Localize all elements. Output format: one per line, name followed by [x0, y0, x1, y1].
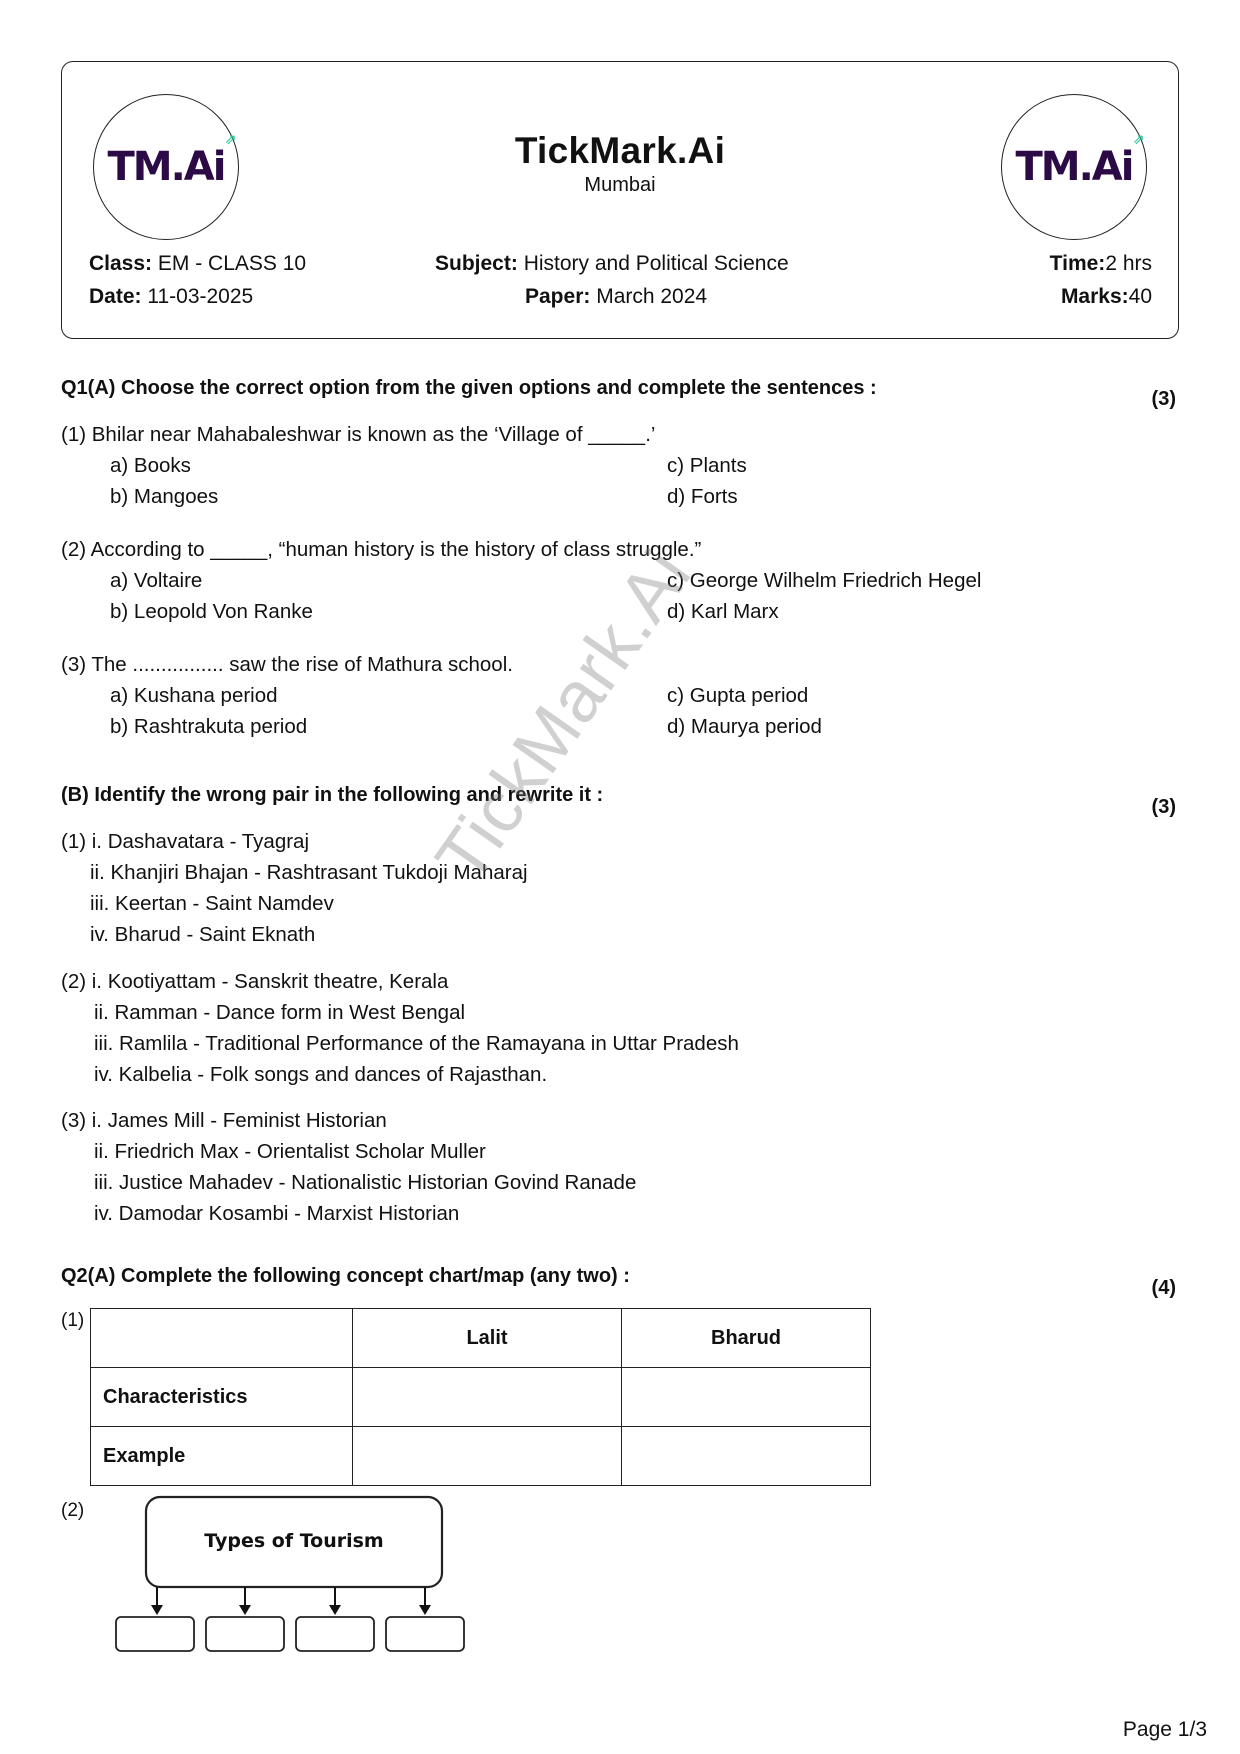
table-row: Example	[91, 1427, 871, 1486]
watermark: TickMark.Ai	[420, 535, 708, 897]
child-box	[296, 1617, 374, 1651]
table-header-bharud: Bharud	[622, 1309, 871, 1368]
question-text: (3) The ................ saw the rise of…	[61, 653, 513, 677]
q1b-marks: (3)	[1152, 796, 1176, 819]
pair-line: iii. Keertan - Saint Namdev	[90, 892, 334, 916]
table-cell	[353, 1427, 622, 1486]
item-label: (2)	[61, 1500, 84, 1522]
q1a-heading: Q1(A) Choose the correct option from the…	[61, 377, 877, 400]
question-text: (1) Bhilar near Mahabaleshwar is known a…	[61, 423, 655, 447]
option: a) Kushana period	[110, 684, 278, 708]
paper-info: Paper: March 2024	[525, 285, 707, 309]
pair-line: iv. Bharud - Saint Eknath	[90, 923, 315, 947]
option: c) Gupta period	[667, 684, 808, 708]
table-row: Characteristics	[91, 1368, 871, 1427]
pair-line: (3) i. James Mill - Feminist Historian	[61, 1109, 387, 1133]
table-cell	[91, 1309, 353, 1368]
types-of-tourism-diagram: Types of Tourism	[110, 1495, 490, 1655]
option: c) George Wilhelm Friedrich Hegel	[667, 569, 981, 593]
pair-line: iii. Ramlila - Traditional Performance o…	[94, 1032, 739, 1056]
option: d) Forts	[667, 485, 738, 509]
paper-header: TM.Ai⇗ TickMark.Ai Mumbai TM.Ai⇗ Class: …	[61, 61, 1179, 339]
table-header-lalit: Lalit	[353, 1309, 622, 1368]
q2a-marks: (4)	[1152, 1277, 1176, 1300]
option: d) Karl Marx	[667, 600, 779, 624]
concept-chart-table: Lalit Bharud Characteristics Example	[90, 1308, 871, 1486]
pair-line: ii. Khanjiri Bhajan - Rashtrasant Tukdoj…	[90, 861, 528, 885]
option: a) Books	[110, 454, 191, 478]
pair-line: (2) i. Kootiyattam - Sanskrit theatre, K…	[61, 970, 448, 994]
q2a-heading: Q2(A) Complete the following concept cha…	[61, 1265, 630, 1288]
logo-text: TM.Ai⇗	[1016, 144, 1133, 190]
subject-info: Subject: History and Political Science	[435, 252, 789, 276]
option: b) Rashtrakuta period	[110, 715, 307, 739]
table-cell	[622, 1427, 871, 1486]
page-number: Page 1/3	[1123, 1718, 1207, 1742]
option: b) Mangoes	[110, 485, 218, 509]
table-cell	[353, 1368, 622, 1427]
question-text: (2) According to _____, “human history i…	[61, 538, 701, 562]
table-row: Lalit Bharud	[91, 1309, 871, 1368]
class-info: Class: EM - CLASS 10	[89, 252, 306, 276]
option: d) Maurya period	[667, 715, 822, 739]
pair-line: iv. Damodar Kosambi - Marxist Historian	[94, 1202, 459, 1226]
q1b-heading: (B) Identify the wrong pair in the follo…	[61, 784, 603, 807]
logo-right: TM.Ai⇗	[1001, 94, 1147, 240]
row-label: Characteristics	[91, 1368, 353, 1427]
marks-info: Marks:40	[1061, 285, 1152, 309]
root-label: Types of Tourism	[204, 1530, 383, 1552]
pair-line: ii. Ramman - Dance form in West Bengal	[94, 1001, 465, 1025]
child-box	[386, 1617, 464, 1651]
option: a) Voltaire	[110, 569, 202, 593]
pair-line: ii. Friedrich Max - Orientalist Scholar …	[94, 1140, 486, 1164]
item-label: (1)	[61, 1310, 84, 1332]
q1a-marks: (3)	[1152, 388, 1176, 411]
pair-line: iii. Justice Mahadev - Nationalistic His…	[94, 1171, 636, 1195]
table-cell	[622, 1368, 871, 1427]
row-label: Example	[91, 1427, 353, 1486]
time-info: Time:2 hrs	[1050, 252, 1152, 276]
child-box	[206, 1617, 284, 1651]
child-boxes	[116, 1587, 464, 1651]
option: b) Leopold Von Ranke	[110, 600, 313, 624]
pair-line: (1) i. Dashavatara - Tyagraj	[61, 830, 309, 854]
option: c) Plants	[667, 454, 747, 478]
arrow-up-right-icon: ⇗	[1133, 132, 1143, 148]
date-info: Date: 11-03-2025	[89, 285, 253, 309]
pair-line: iv. Kalbelia - Folk songs and dances of …	[94, 1063, 547, 1087]
child-box	[116, 1617, 194, 1651]
